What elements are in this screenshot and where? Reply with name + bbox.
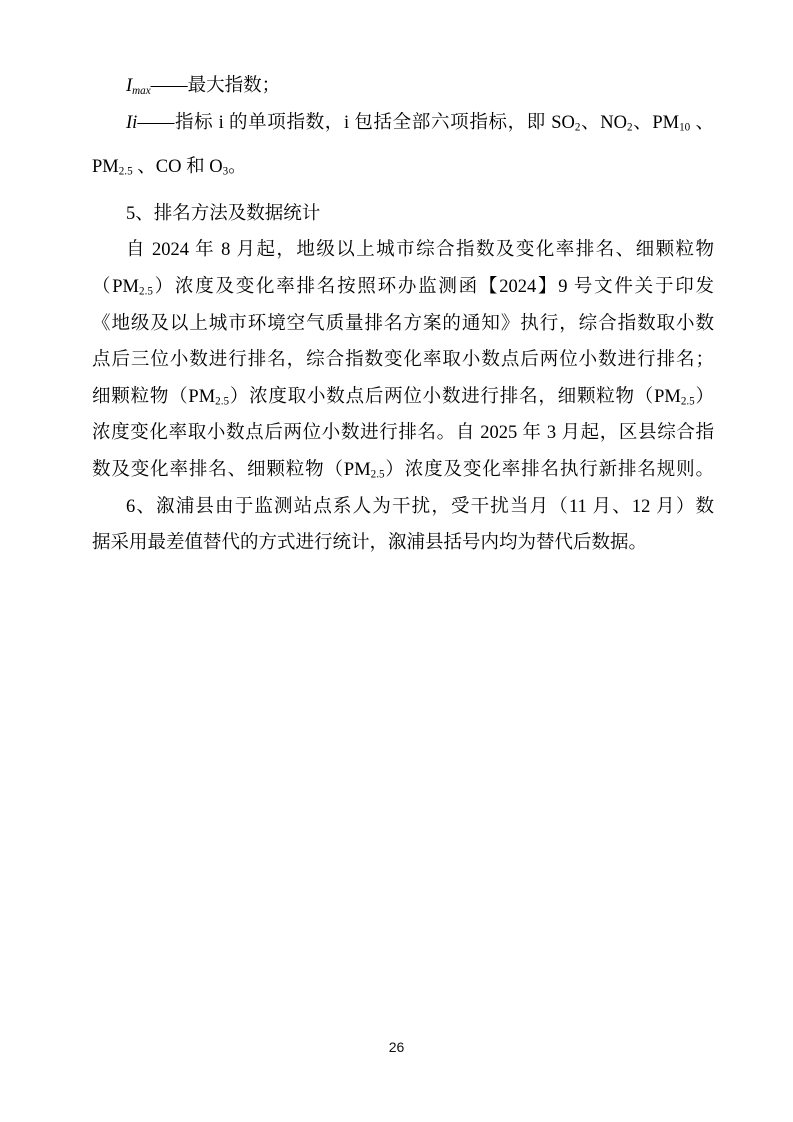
text-run: 、CO 和 O	[133, 157, 223, 177]
document-page: Imax——最大指数；Ii——指标 i 的单项指数，i 包括全部六项指标，即 S…	[0, 0, 793, 1122]
text-lines: Imax——最大指数；Ii——指标 i 的单项指数，i 包括全部六项指标，即 S…	[92, 68, 714, 562]
text-line: 《地级及以上城市环境空气质量排名方案的通知》执行，综合指数取小数	[92, 306, 714, 343]
text-run: ——指标 i 的单项指数，i 包括全部六项指标，即 SO	[137, 113, 575, 133]
text-run: ）浓度及变化率排名执行新排名规则。	[385, 460, 714, 480]
text-run: 浓度变化率取小数点后两位小数进行排名。自 2025 年 3 月起，区县综合指	[92, 423, 714, 443]
text-line: 自 2024 年 8 月起，地级以上城市综合指数及变化率排名、细颗粒物	[92, 232, 714, 269]
page-number: 26	[389, 1039, 405, 1055]
text-run: 5、排名方法及数据统计	[126, 204, 320, 224]
text-line: （PM2.5）浓度及变化率排名按照环办监测函【2024】9 号文件关于印发	[92, 269, 714, 306]
text-run: ——最大指数；	[151, 76, 281, 96]
text-run: 点后三位小数进行排名，综合指数变化率取小数点后两位小数进行排名；	[92, 350, 714, 370]
document-body: Imax——最大指数；Ii——指标 i 的单项指数，i 包括全部六项指标，即 S…	[92, 68, 714, 562]
text-line: Imax——最大指数；	[92, 68, 714, 105]
text-line: 数及变化率排名、细颗粒物（PM2.5）浓度及变化率排名执行新排名规则。	[92, 452, 714, 489]
text-run: 《地级及以上城市环境空气质量排名方案的通知》执行，综合指数取小数	[92, 314, 714, 334]
text-run: 自 2024 年 8 月起，地级以上城市综合指数及变化率排名、细颗粒物	[126, 240, 714, 260]
text-run: max	[132, 85, 150, 97]
text-run: 细颗粒物（PM	[92, 387, 215, 407]
text-run: PM	[92, 157, 119, 177]
text-line: 5、排名方法及数据统计	[92, 196, 714, 233]
text-line: 浓度变化率取小数点后两位小数进行排名。自 2025 年 3 月起，区县综合指	[92, 415, 714, 452]
text-line: 6、溆浦县由于监测站点系人为干扰，受干扰当月（11 月、12 月）数	[92, 489, 714, 526]
text-run: 。	[228, 157, 247, 177]
text-run: ）	[695, 387, 714, 407]
text-run: 2.5	[681, 395, 695, 407]
text-run: 、	[690, 113, 714, 133]
text-line: 据采用最差值替代的方式进行统计，溆浦县括号内均为替代后数据。	[92, 525, 714, 562]
text-run: 2.5	[371, 468, 385, 480]
text-run: 2.5	[119, 166, 133, 178]
page-footer: 26	[0, 1038, 793, 1056]
text-run: 数及变化率排名、细颗粒物（PM	[92, 460, 371, 480]
text-run: 10	[679, 121, 690, 133]
text-line: 细颗粒物（PM2.5）浓度取小数点后两位小数进行排名，细颗粒物（PM2.5）	[92, 379, 714, 416]
text-run: 6、溆浦县由于监测站点系人为干扰，受干扰当月（11 月、12 月）数	[126, 497, 714, 517]
text-line: 点后三位小数进行排名，综合指数变化率取小数点后两位小数进行排名；	[92, 342, 714, 379]
text-run: 据采用最差值替代的方式进行统计，溆浦县括号内均为替代后数据。	[92, 533, 647, 553]
text-run: 2.5	[215, 395, 229, 407]
text-run: （PM	[92, 277, 139, 297]
text-line: PM2.5 、CO 和 O3。	[92, 149, 714, 186]
text-run: ）浓度及变化率排名按照环办监测函【2024】9 号文件关于印发	[153, 277, 714, 297]
text-run: 、NO	[580, 113, 627, 133]
text-line: Ii——指标 i 的单项指数，i 包括全部六项指标，即 SO2、NO2、PM10…	[92, 105, 714, 142]
text-run: 、PM	[633, 113, 680, 133]
text-run: 2.5	[139, 285, 153, 297]
text-run: Ii	[126, 113, 137, 133]
text-run: ）浓度取小数点后两位小数进行排名，细颗粒物（PM	[229, 387, 681, 407]
